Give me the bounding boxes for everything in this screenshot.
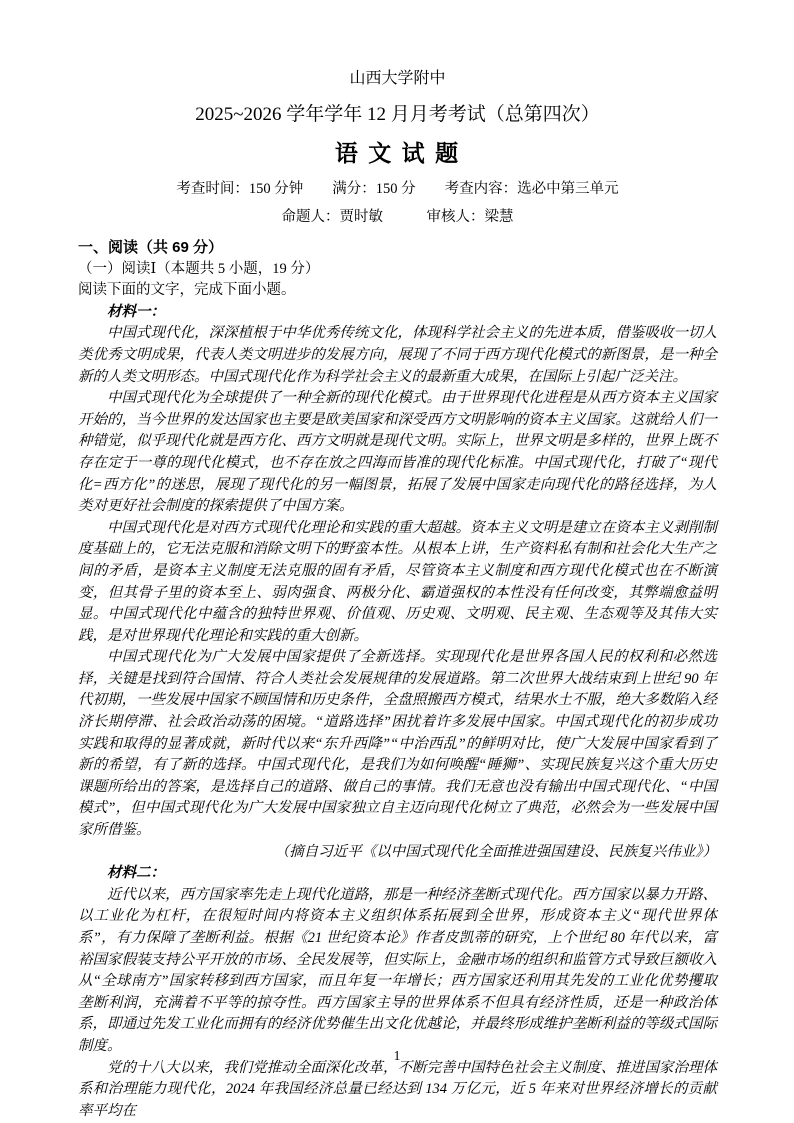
material-two-paragraph-2: 党的十八大以来，我们党推动全面深化改革，不断完善中国特色社会主义制度、推进国家治… [78,1058,717,1123]
material-one-label: 材料一： [78,302,717,324]
exam-session-title: 2025~2026 学年学年 12 月月考考试（总第四次） [78,102,717,128]
material-two-label: 材料二： [78,863,717,885]
school-name: 山西大学附中 [78,68,717,90]
subject-title: 语 文 试 题 [78,138,717,168]
exam-header: 山西大学附中 2025~2026 学年学年 12 月月考考试（总第四次） 语 文… [78,68,717,227]
material-one-paragraph-4: 中国式现代化为广大发展中国家提供了全新选择。实现现代化是世界各国人民的权利和必然… [78,647,717,841]
exam-body: 一、阅读（共 69 分） （一）阅读Ⅰ（本题共 5 小题，19 分） 阅读下面的… [78,237,717,1122]
exam-info-line: 考查时间：150 分钟 满分：150 分 考查内容：选必中第三单元 [78,179,717,199]
material-one-paragraph-1: 中国式现代化，深深植根于中华优秀传统文化，体现科学社会主义的先进本质，借鉴吸收一… [78,323,717,388]
material-one-attribution: （摘自习近平《以中国式现代化全面推进强国建设、民族复兴伟业》） [78,842,717,864]
material-one-paragraph-3: 中国式现代化是对西方式现代化理论和实践的重大超越。资本主义文明是建立在资本主义剥… [78,518,717,648]
exam-paper-page: 山西大学附中 2025~2026 学年学年 12 月月考考试（总第四次） 语 文… [0,0,794,1123]
section-one-heading: 一、阅读（共 69 分） [78,237,717,259]
reading-one-subheading: （一）阅读Ⅰ（本题共 5 小题，19 分） [78,259,717,281]
material-one-paragraph-2: 中国式现代化为全球提供了一种全新的现代化模式。由于世界现代化进程是从西方资本主义… [78,388,717,518]
page-number: 1 [0,1047,794,1065]
exam-authors-line: 命题人：贾时敏 审核人：梁慧 [78,207,717,227]
material-two-paragraph-1: 近代以来，西方国家率先走上现代化道路，那是一种经济垄断式现代化。西方国家以暴力开… [78,885,717,1058]
reading-instruction: 阅读下面的文字，完成下面小题。 [78,280,717,302]
